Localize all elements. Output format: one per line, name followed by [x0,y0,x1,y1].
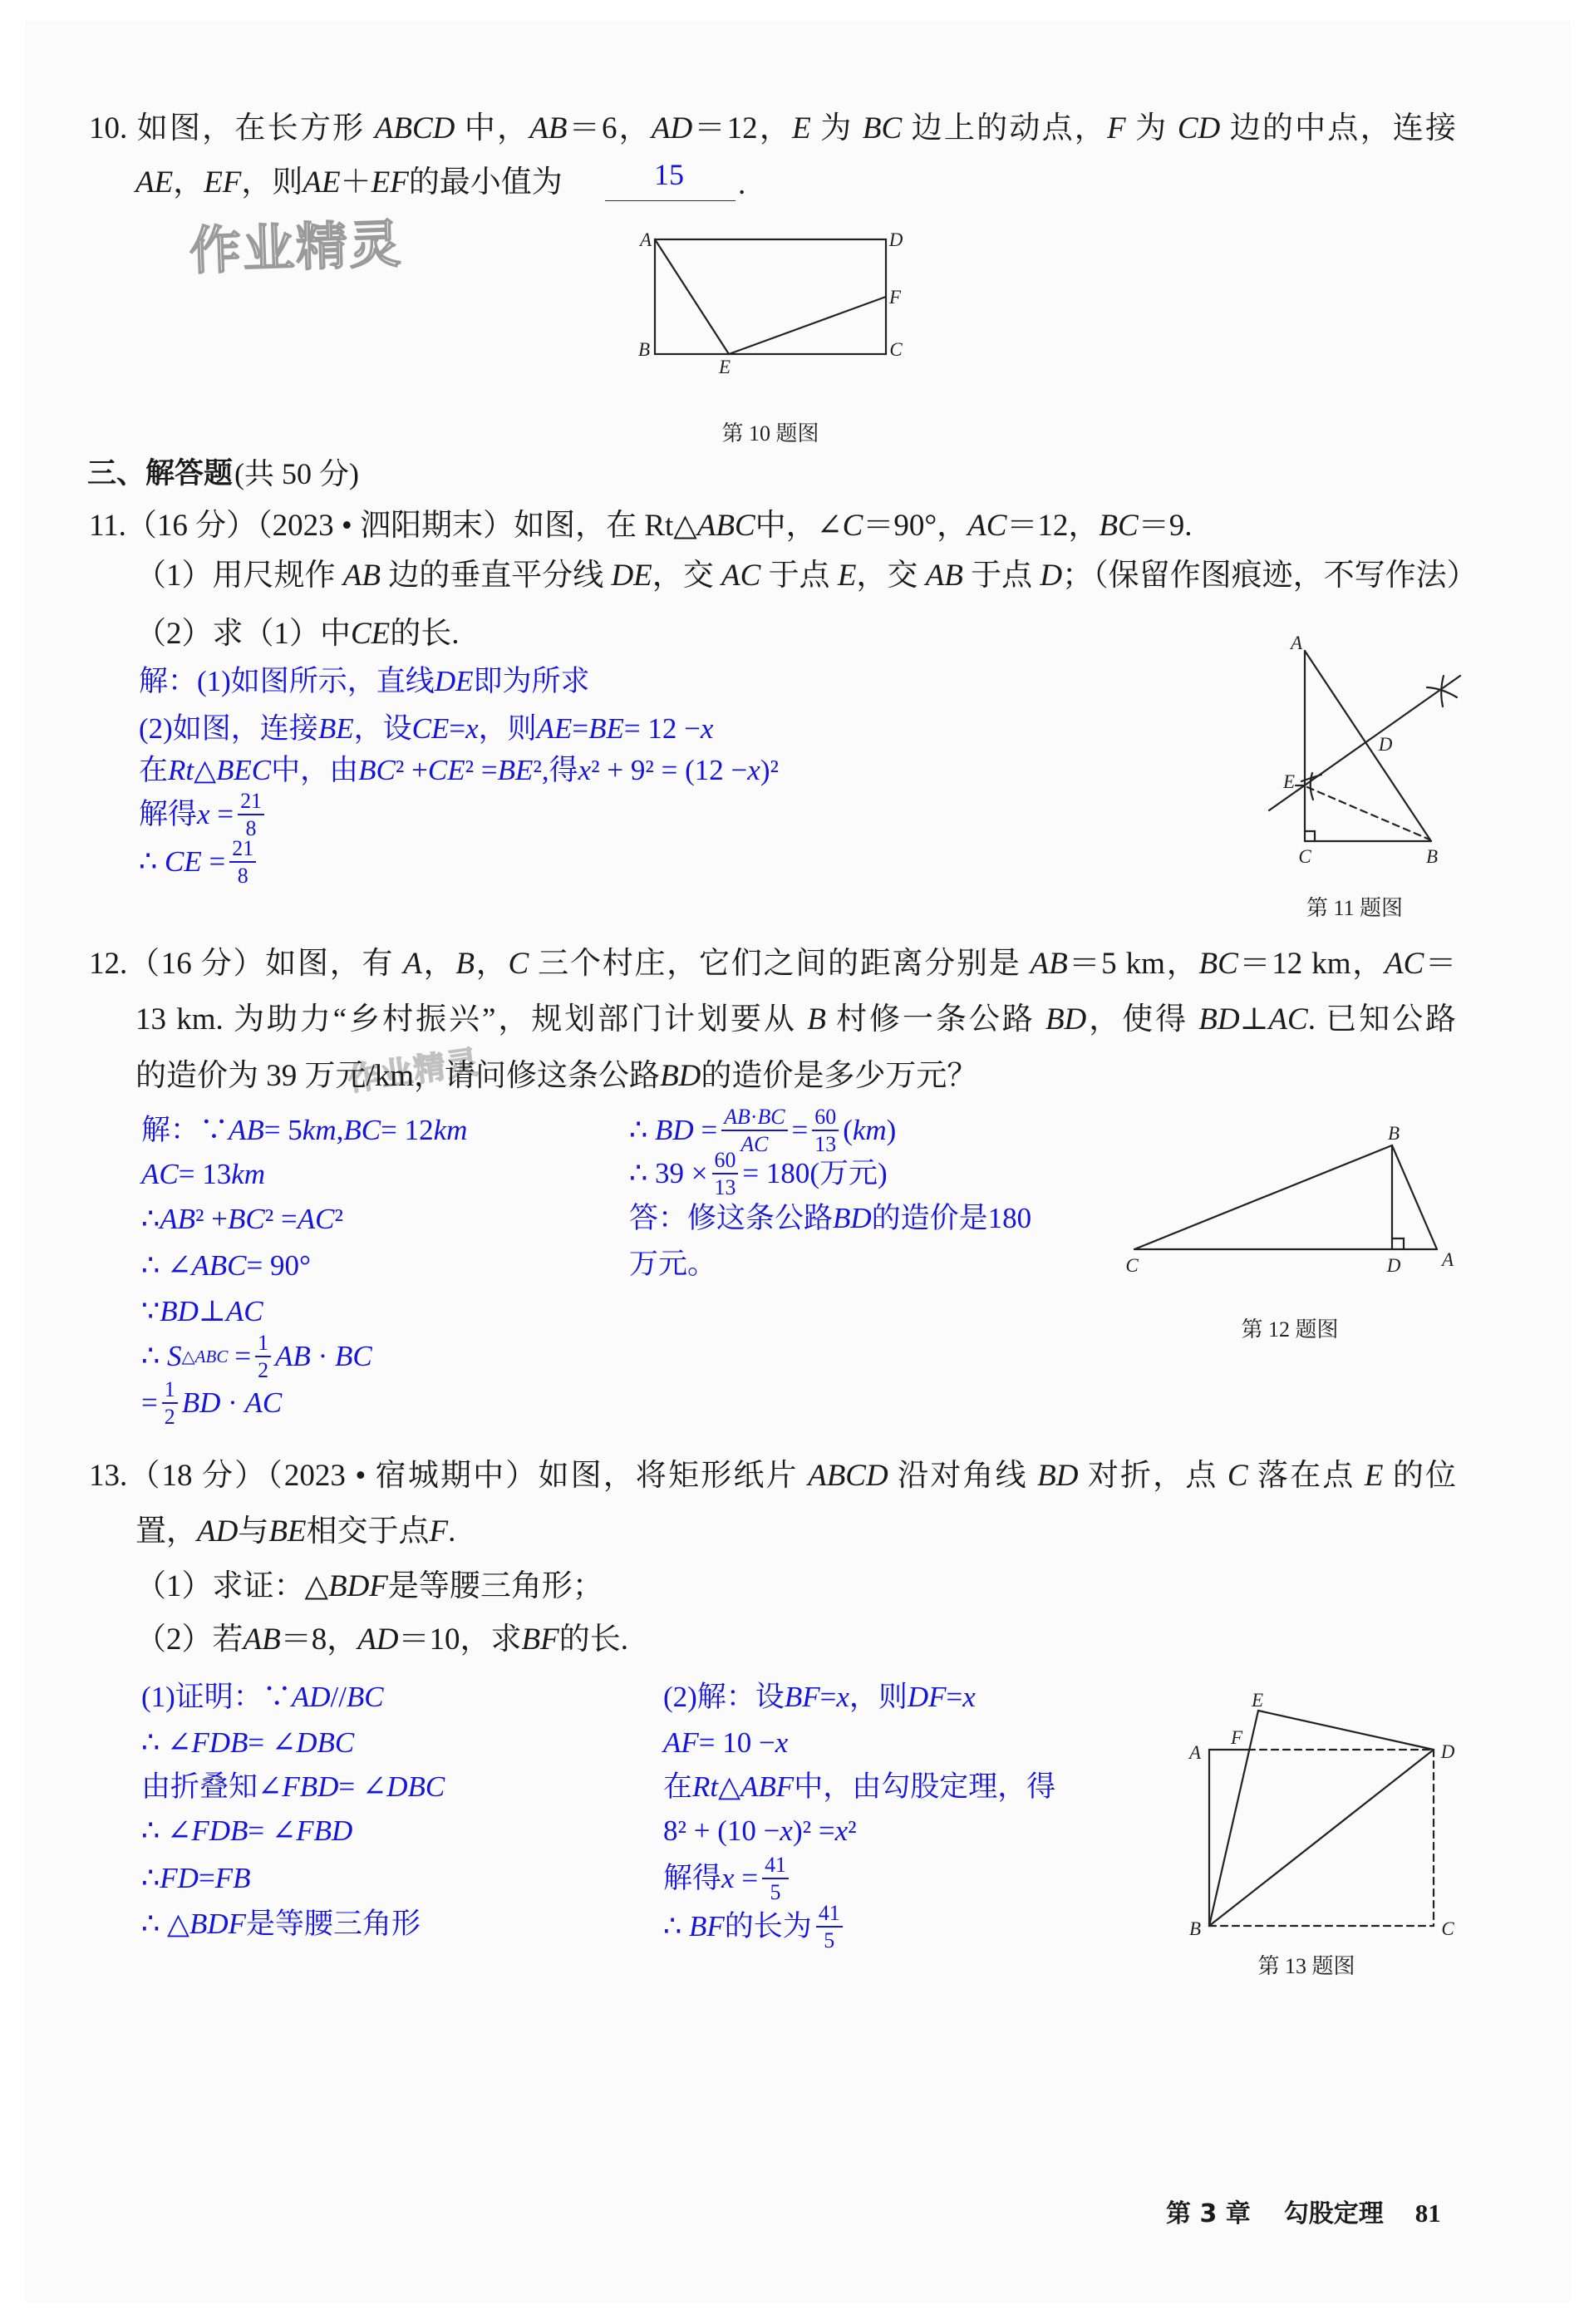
figure-caption-13: 第 13 题图 [1257,1952,1355,1982]
solution-text: = [792,1110,809,1151]
q11-solution-line: 在Rt△BEC中，由BC² + CE² = BE²,得x² + 9² = (12… [139,750,779,791]
q12-line-1: 12.（16 分）如图，有 A，B，C 三个村庄，它们之间的距离分别是 AB＝5… [89,943,1456,985]
numerator: 21 [229,837,256,863]
q11-line-3: （2）求（1）中 CE 的长. [135,613,460,655]
answer-blank [605,200,736,201]
denominator: 2 [162,1404,178,1428]
q12-solution-line: ∴ 39 × 6013 = 180(万元) [629,1153,888,1194]
fraction: 415 [816,1902,843,1952]
solution-text: = 180(万元) [742,1153,887,1194]
q10-period: . [738,164,745,205]
q13-line-2: 置，AD 与 BE 相交于点 F. [135,1511,455,1553]
q13-solution-line: 在Rt△ABF中，由勾股定理，得 [663,1766,1055,1808]
solution-text: 解得x = [139,794,234,835]
q13-solution-line: (2)解：设BF = x，则DF = x [663,1677,976,1718]
fraction: 218 [238,790,264,839]
q13-solution-line: AF = 10 − x [663,1722,788,1764]
q12-solution-line: ∵ BD⊥AC [141,1291,263,1332]
section-title: 三、解答题 [87,453,233,495]
solution-text: AB · BC [275,1336,372,1377]
numerator: 41 [816,1902,843,1928]
q13-solution-line: 8² + (10 − x)² = x² [663,1810,857,1852]
q11-text-2: （1）用尺规作 AB 边的垂直平分线 DE，交 AC 于点 E，交 AB 于点 … [135,555,1478,597]
q12-solution-line: AC = 13km [141,1154,265,1195]
q12-solution-line: ∴ AB² + BC² = AC² [141,1199,343,1240]
numerator: 1 [162,1378,178,1404]
solution-text: ∴ BF的长为 [663,1906,812,1947]
q12-line-3: 的造价为 39 万元/km，请问修这条公路 BD 的造价是多少万元？ [135,1056,977,1097]
q12-text-2: 13 km. 为助力“乡村振兴”，规划部门计划要从 B 村修一条公路 BD，使得… [135,999,1456,1041]
fraction: 6013 [712,1149,739,1199]
fraction: 12 [162,1378,178,1428]
solution-text: = [234,1336,251,1377]
section-score: (共 50 分) [234,453,359,495]
numerator: 1 [255,1332,271,1357]
numerator: 21 [238,790,264,815]
q12-text-1: 12.（16 分）如图，有 A，B，C 三个村庄，它们之间的距离分别是 AB＝5… [89,943,1456,985]
q10-line-2: AE，EF，则 AE＋EF 的最小值为 [135,162,563,204]
solution-text: ∴ CE = [139,841,225,883]
solution-text: (km) [843,1110,896,1151]
q13-solution-line: ∴ ∠FDB = ∠DBC [141,1722,354,1764]
numerator: 60 [812,1105,839,1131]
q12-solution-line: 万元。 [629,1243,716,1285]
numerator: AB·BC [721,1105,787,1131]
q13-text-1: 13.（18 分）（2023 • 宿城期中）如图，将矩形纸片 ABCD 沿对角线… [89,1455,1456,1497]
fraction: 6013 [812,1105,839,1155]
figure-caption-11: 第 11 题图 [1306,894,1403,923]
denominator: 2 [255,1357,271,1381]
fraction: 415 [762,1854,789,1903]
q13-solution-line: (1)证明：∵ AD//BC [141,1677,384,1718]
figure-caption-12: 第 12 题图 [1241,1315,1338,1345]
footer-chapter: 第 3 章 [1166,2199,1251,2228]
q13-line-1: 13.（18 分）（2023 • 宿城期中）如图，将矩形纸片 ABCD 沿对角线… [89,1455,1456,1497]
numerator: 41 [762,1854,789,1879]
denominator: 13 [812,1131,839,1155]
solution-text: ∴ BD = [629,1110,717,1151]
watermark: 作业精灵 [189,211,404,285]
page-footer: 第 3 章 勾股定理 81 [1166,2197,1441,2230]
page-number: 81 [1415,2198,1441,2228]
q13-solution-line: ∴ ∠FDB = ∠FBD [141,1810,352,1852]
q12-solution-line: ∴ ∠ABC = 90° [141,1245,311,1287]
solution-text: BD · AC [182,1382,283,1424]
q10-text-1: 10. 如图，在长方形 ABCD 中，AB＝6，AD＝12，E 为 BC 边上的… [89,108,1456,150]
q10-line-1: 10. 如图，在长方形 ABCD 中，AB＝6，AD＝12，E 为 BC 边上的… [89,108,1456,150]
denominator: 5 [821,1928,837,1952]
denominator: 5 [768,1879,784,1903]
q12-line-2: 13 km. 为助力“乡村振兴”，规划部门计划要从 B 村修一条公路 BD，使得… [135,999,1456,1041]
q12-solution-line: ∴ BD = AB·BCAC = 6013 (km) [629,1110,896,1151]
q13-solution-line: 由折叠知∠FBD = ∠DBC [141,1766,445,1808]
q13-solution-line: ∴ FD = FB [141,1858,250,1899]
figure-caption-10: 第 10 题图 [721,419,819,449]
solution-text: ∴ 39 × [629,1153,708,1194]
solution-text: 解得x = [663,1858,758,1899]
denominator: 13 [712,1174,739,1199]
q10-answer: 15 [654,154,684,195]
fraction: 12 [255,1332,271,1381]
q13-solution-line: ∴ BF的长为 415 [663,1906,847,1947]
subscript: △ABC [182,1336,229,1377]
q11-line-2: （1）用尺规作 AB 边的垂直平分线 DE，交 AC 于点 E，交 AB 于点 … [135,555,1456,597]
q13-line-4: （2）若 AB＝8，AD＝10，求 BF 的长. [135,1619,628,1661]
q11-solution-line: 解：(1)如图所示，直线DE即为所求 [139,661,589,702]
q13-solution-line: ∴ △BDF是等腰三角形 [141,1903,421,1945]
fraction: 218 [229,837,256,887]
q13-solution-line: 解得x = 415 [663,1858,793,1899]
q12-solution-line: ∴ S△ABC = 12 AB · BC [141,1336,372,1377]
q12-solution-line: = 12 BD · AC [141,1382,282,1424]
q11-solution-line: ∴ CE = 218 [139,841,260,883]
footer-chapter-title: 勾股定理 [1284,2199,1384,2228]
solution-text: = [141,1382,158,1424]
numerator: 60 [712,1149,739,1174]
q11-solution-line: 解得x = 218 [139,794,268,835]
denominator: 8 [235,863,251,887]
section-heading: 三、解答题 (共 50 分) [87,453,359,495]
solution-text: ∴ S [141,1336,182,1377]
q13-line-3: （1）求证：△BDF 是等腰三角形； [135,1566,603,1608]
q12-solution-line: 答：修这条公路BD的造价是180 [629,1198,1031,1239]
q11-solution-line: (2)如图，连接BE，设CE = x，则AE = BE = 12 − x [139,708,713,750]
q11-line-1: 11.（16 分）（2023 • 泗阳期末）如图，在 Rt△ABC 中，∠C＝9… [89,505,1192,547]
denominator: AC [738,1131,770,1155]
q12-solution-line: 解：∵ AB = 5km, BC = 12km [141,1110,467,1151]
